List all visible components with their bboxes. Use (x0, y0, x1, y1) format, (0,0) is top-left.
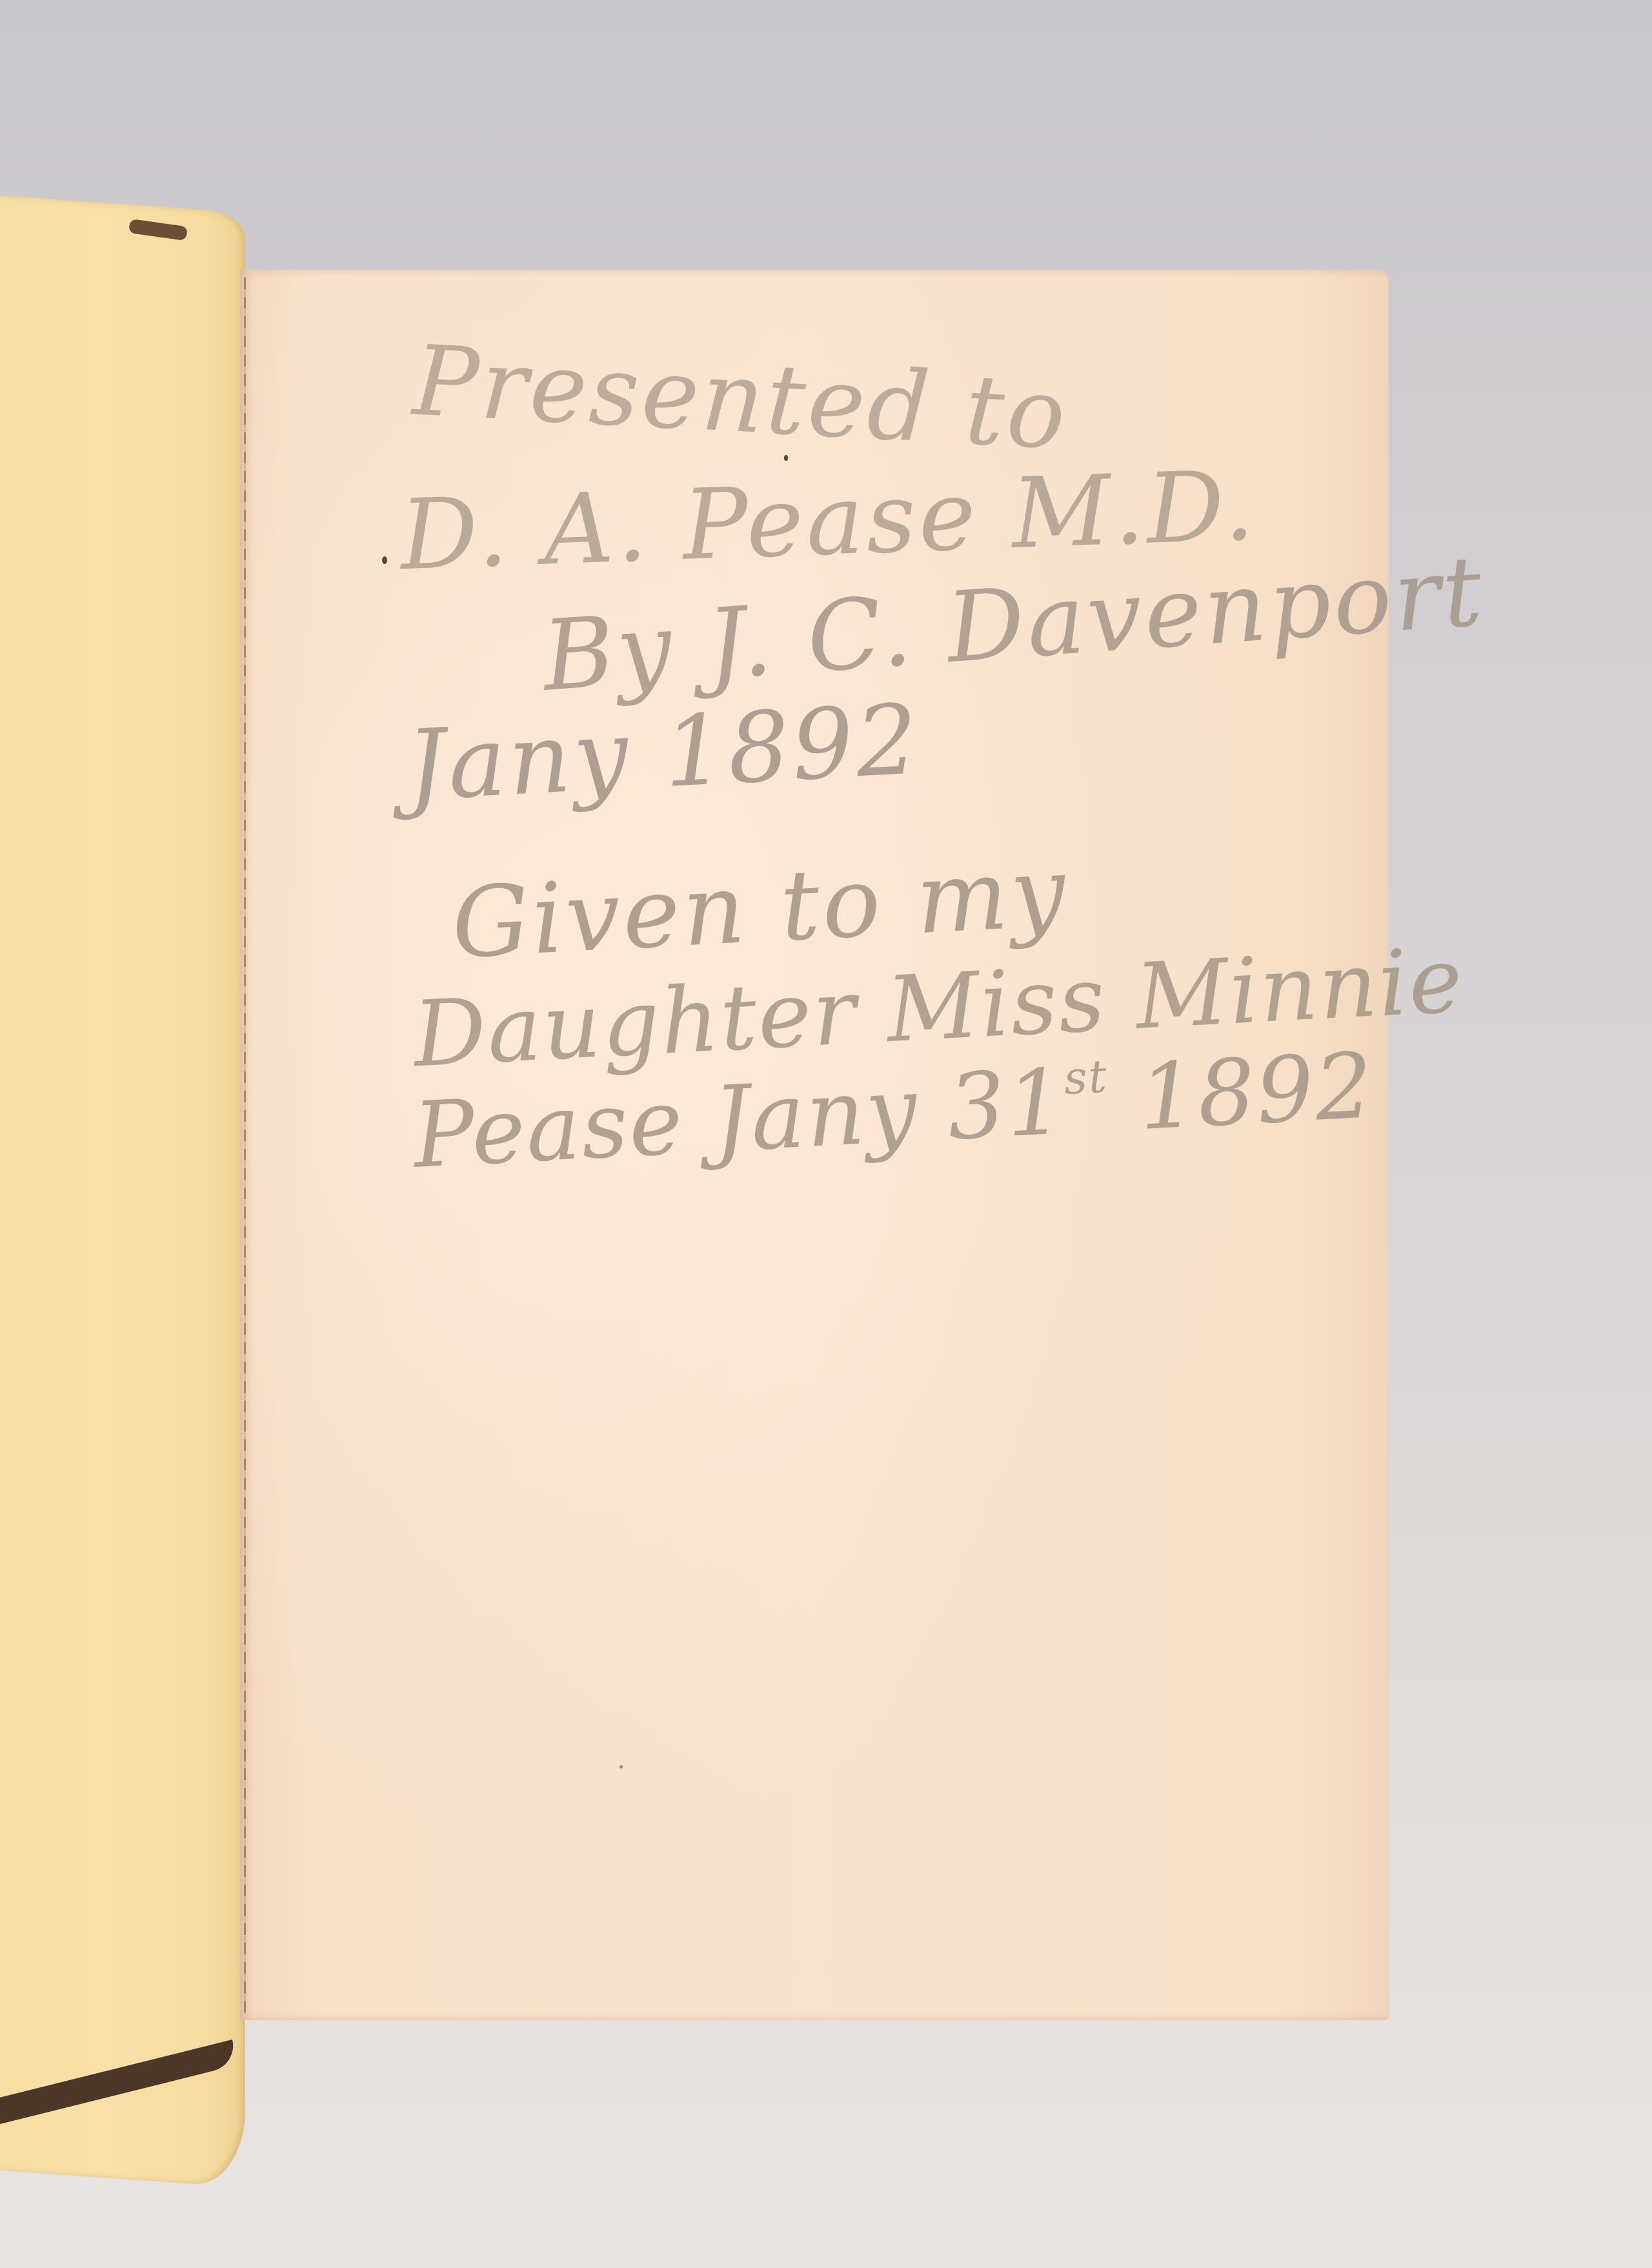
paper-speck (619, 1765, 623, 1768)
paper-speck (382, 556, 387, 564)
handwritten-inscription: Presented to D. A. Pease M.D. By J. C. D… (0, 0, 1652, 2268)
paper-speck (784, 455, 788, 461)
second-date-year: 1892 (1106, 1033, 1376, 1152)
inscription-line-date: Jany 1892 (404, 683, 923, 822)
ordinal-suffix: st (1063, 1050, 1109, 1105)
inscription-line-presented-to: Presented to (410, 325, 1071, 472)
book-photo: Presented to D. A. Pease M.D. By J. C. D… (0, 0, 1652, 2268)
